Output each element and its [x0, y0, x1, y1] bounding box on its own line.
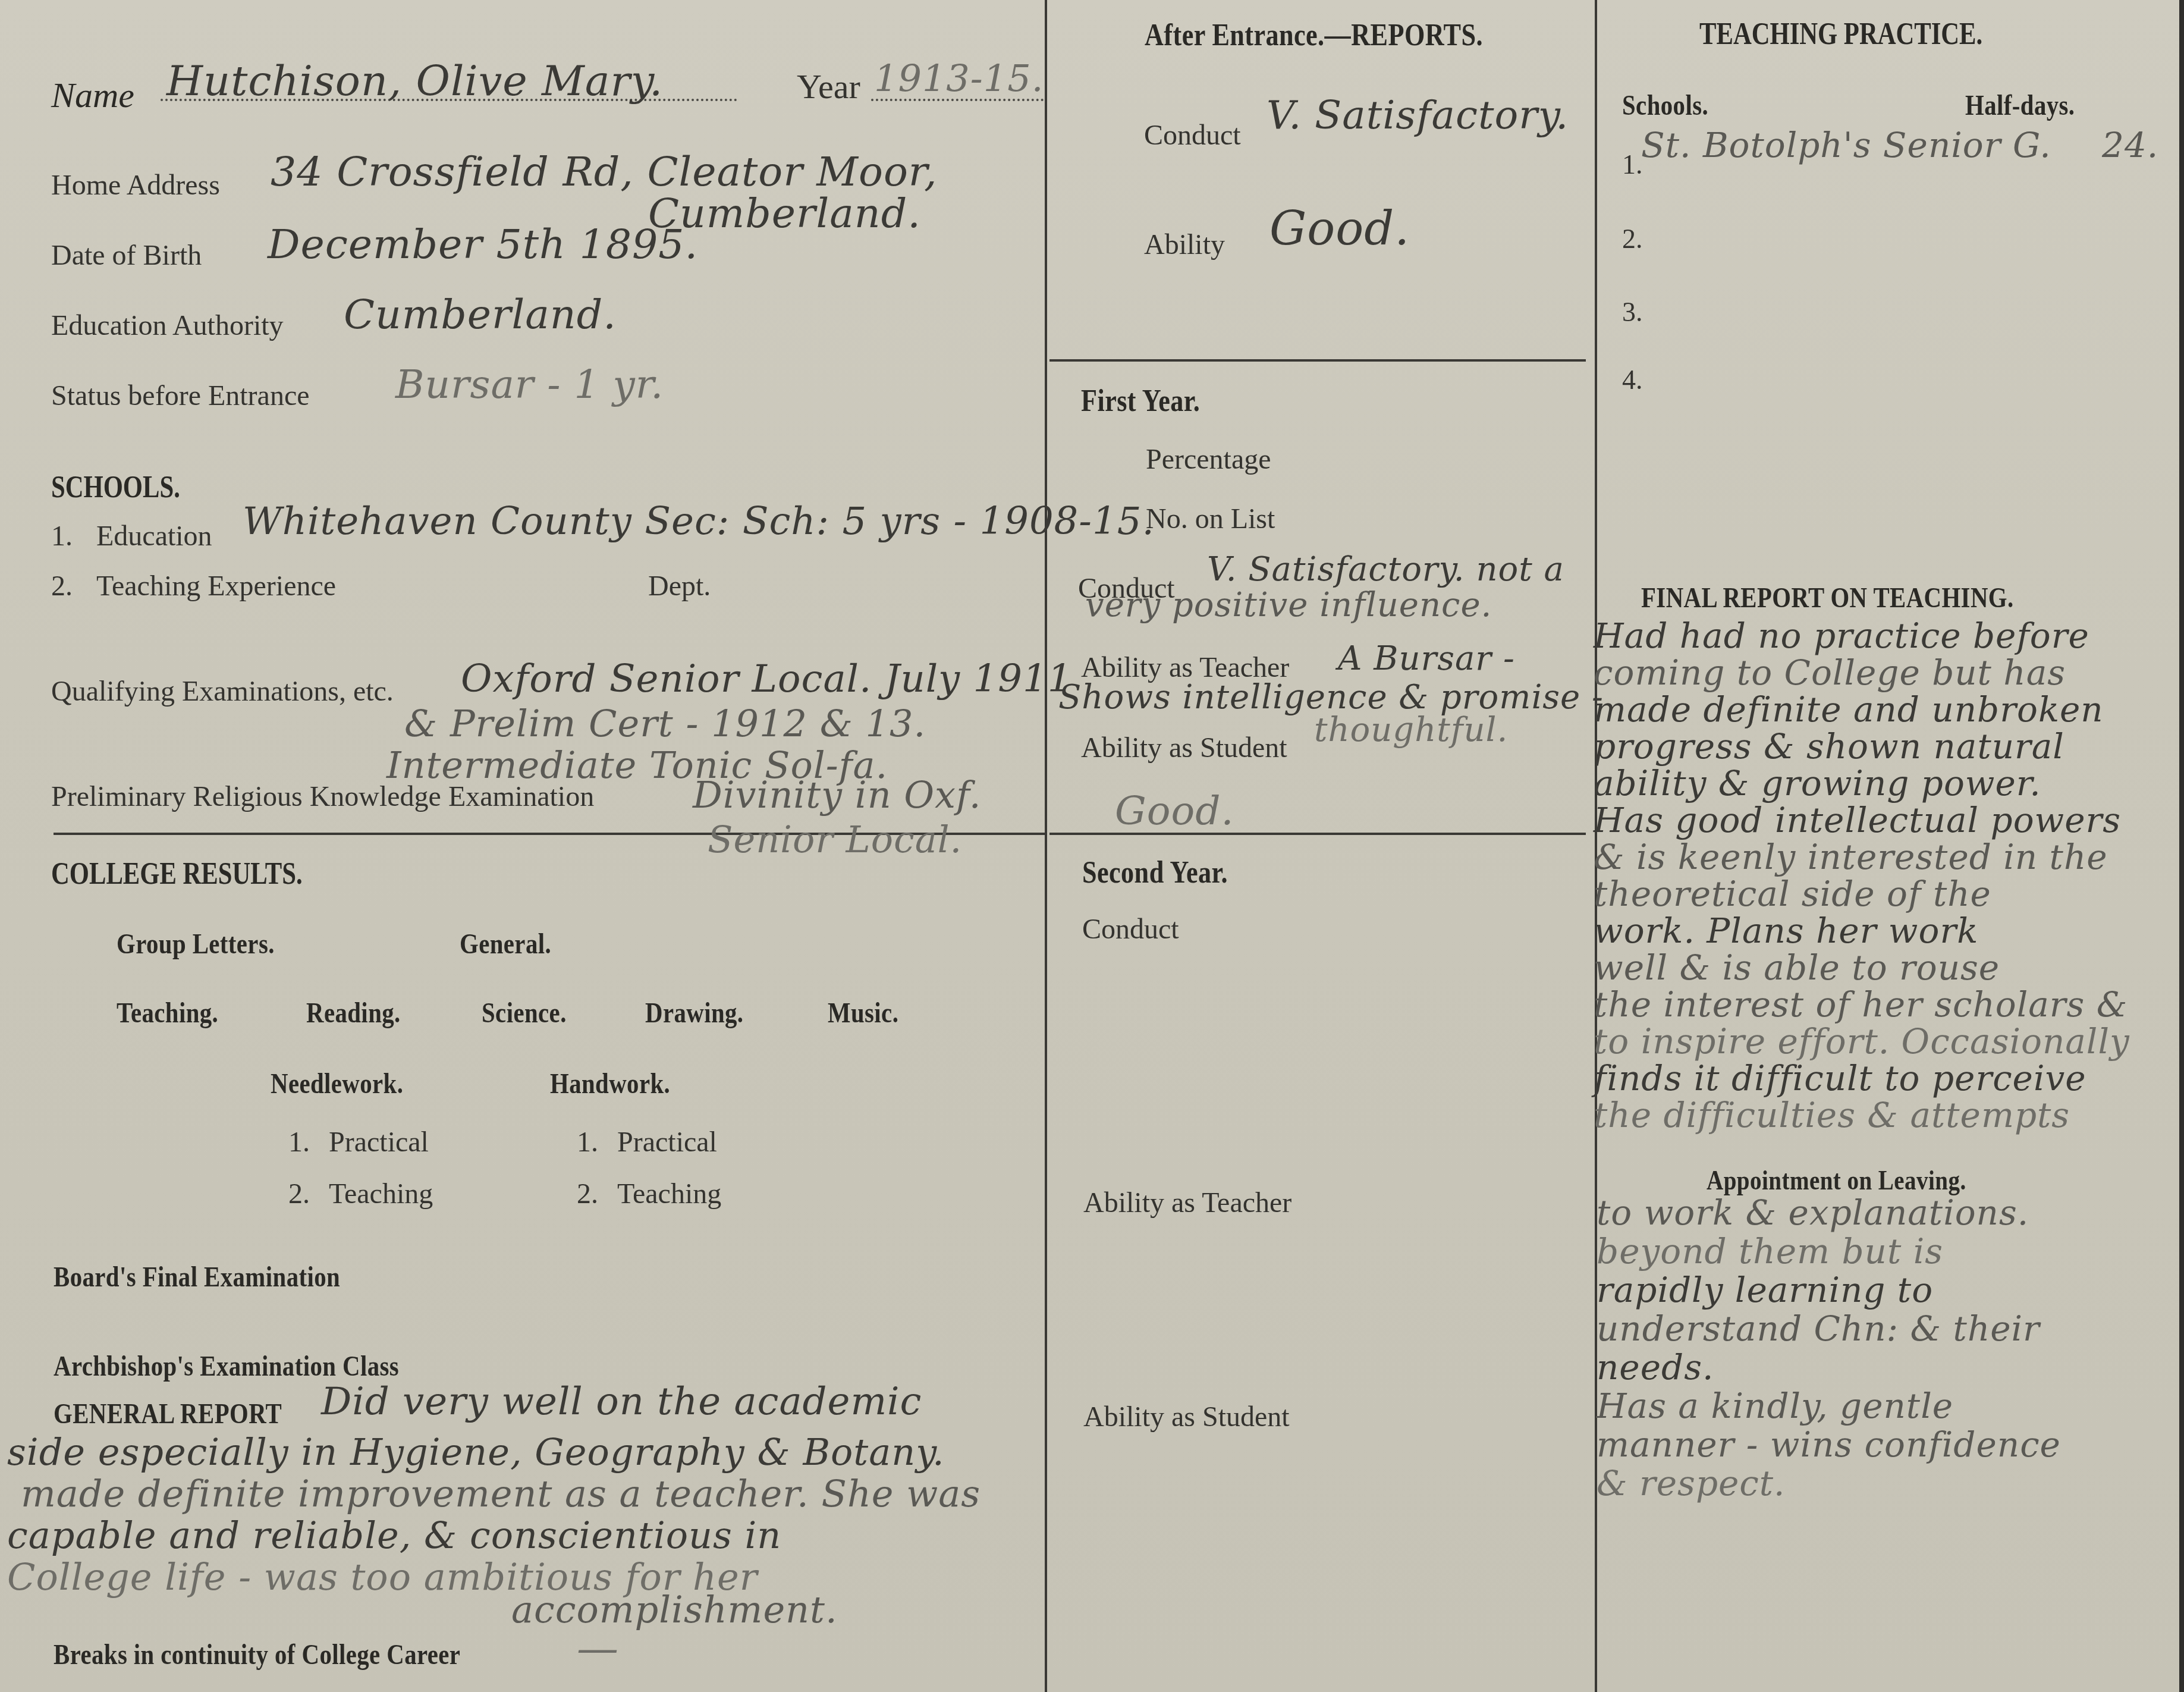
year-value: 1913-15. [874, 56, 1044, 100]
conduct-label: Conduct [1144, 119, 1241, 152]
practice-half-days: 24. [2102, 125, 2158, 165]
subject-science: Science. [482, 997, 567, 1029]
qualifying-line2: & Prelim Cert - 1912 & 13. [404, 702, 926, 745]
final-report-line: the interest of her scholars & [1594, 984, 2128, 1025]
teaching-exp-label: Teaching Experience [96, 570, 336, 602]
fy-teacher-line3: thoughtful. [1314, 711, 1508, 749]
subject-music: Music. [828, 997, 898, 1029]
fy-teacher-line1: A Bursar - [1338, 639, 1515, 678]
dob-label: Date of Birth [51, 239, 202, 272]
sy-student-label: Ability as Student [1083, 1401, 1290, 1433]
handwork-teaching: Teaching [617, 1178, 721, 1210]
final-report-line: understand Chn: & their [1597, 1308, 2040, 1349]
subject-reading: Reading. [306, 997, 401, 1029]
general-label: General. [460, 928, 551, 960]
general-report-line: side especially in Hygiene, Geography & … [7, 1430, 945, 1474]
group-letters-label: Group Letters. [117, 928, 275, 960]
needlework-label: Needlework. [271, 1068, 403, 1100]
fy-student-value: Good. [1115, 788, 1234, 834]
handwork-teaching-num: 2. [577, 1178, 598, 1210]
year-label: Year [797, 67, 860, 106]
no-on-list-label: No. on List [1146, 503, 1275, 535]
home-address-line1: 34 Crossfield Rd, Cleator Moor, [271, 149, 938, 196]
practice-school: St. Botolph's Senior G. [1641, 125, 2051, 165]
appointment-heading: Appointment on Leaving. [1707, 1164, 1966, 1196]
general-report-line: capable and reliable, & conscientious in [7, 1514, 781, 1557]
needlework-practical: Practical [329, 1126, 429, 1159]
final-report-line: well & is able to rouse [1594, 947, 2000, 988]
final-report-heading: FINAL REPORT ON TEACHING. [1641, 582, 2014, 614]
final-report-line: theoretical side of the [1594, 874, 1991, 914]
subject-teaching: Teaching. [117, 997, 218, 1029]
name-value: Hutchison, Olive Mary. [166, 56, 663, 105]
final-report-line: Had had no practice before [1594, 616, 2089, 656]
conduct-value: V. Satisfactory. [1267, 92, 1569, 138]
ability-value: Good. [1269, 202, 1410, 256]
qualifying-label: Qualifying Examinations, etc. [51, 675, 394, 708]
education-num: 1. [51, 520, 73, 553]
ability-label: Ability [1144, 228, 1225, 261]
second-year-heading: Second Year. [1082, 855, 1228, 890]
education-authority-label: Education Authority [51, 309, 284, 342]
dept-label: Dept. [648, 570, 711, 602]
religious-line2: Senior Local. [708, 818, 962, 861]
practice-row-num: 2. [1622, 223, 1643, 255]
fy-student-label: Ability as Student [1081, 732, 1287, 764]
status-label: Status before Entrance [51, 379, 309, 412]
final-report-line: coming to College but has [1594, 652, 2066, 693]
subject-drawing: Drawing. [645, 997, 743, 1029]
needlework-teaching-num: 2. [288, 1178, 310, 1210]
student-record-card: Name Hutchison, Olive Mary. Year 1913-15… [0, 0, 2184, 1692]
needlework-practical-num: 1. [288, 1126, 310, 1159]
status-value: Bursar - 1 yr. [395, 362, 664, 407]
practice-row-num: 4. [1622, 364, 1643, 395]
qualifying-line1: Oxford Senior Local. July 1911 [461, 657, 1072, 701]
archbishop-label: Archbishop's Examination Class [54, 1350, 399, 1383]
final-report-line: finds it difficult to perceive [1594, 1058, 2086, 1098]
teaching-exp-num: 2. [51, 570, 73, 602]
education-value: Whitehaven County Sec: Sch: 5 yrs - 1908… [243, 500, 1155, 544]
reports-heading: After Entrance.—REPORTS. [1145, 18, 1483, 53]
education-authority-value: Cumberland. [344, 291, 617, 338]
schools-label: Schools. [1622, 89, 1708, 122]
final-report-line: & is keenly interested in the [1594, 837, 2108, 877]
fy-conduct-line2: very positive influence. [1085, 586, 1492, 624]
final-report-line: made definite and unbroken [1594, 689, 2104, 730]
final-report-line: progress & shown natural [1594, 726, 2064, 767]
final-report-line: manner - wins confidence [1597, 1424, 2061, 1465]
dob-value: December 5th 1895. [268, 221, 698, 268]
schools-heading: SCHOOLS. [51, 470, 180, 505]
final-report-line: needs. [1597, 1347, 1714, 1387]
practice-row-num: 3. [1622, 296, 1643, 328]
column-divider-left [1045, 0, 1047, 1692]
final-report-line: & respect. [1597, 1463, 1786, 1503]
first-year-heading: First Year. [1081, 384, 1200, 419]
sy-conduct-label: Conduct [1082, 913, 1179, 946]
college-results-heading: COLLEGE RESULTS. [51, 856, 303, 891]
percentage-label: Percentage [1146, 443, 1271, 476]
handwork-label: Handwork. [550, 1068, 670, 1100]
rule-mid-first-year [1049, 359, 1586, 362]
teaching-practice-heading: TEACHING PRACTICE. [1699, 17, 1982, 52]
fy-conduct-line1: V. Satisfactory. not a [1207, 550, 1564, 589]
final-report-line: to inspire effort. Occasionally [1594, 1021, 2130, 1062]
handwork-practical: Practical [617, 1126, 717, 1159]
practice-row-num: 1. [1622, 149, 1643, 180]
final-report-line: the difficulties & attempts [1594, 1095, 2070, 1135]
name-label: Name [51, 75, 134, 116]
final-report-line: rapidly learning to [1597, 1270, 1933, 1310]
page-edge [2179, 0, 2184, 1692]
general-report-line: Did very well on the academic [321, 1380, 922, 1424]
final-report-line: beyond them but is [1597, 1231, 1943, 1272]
needlework-teaching: Teaching [329, 1178, 433, 1210]
breaks-value: — [577, 1624, 619, 1672]
general-report-label: GENERAL REPORT [54, 1398, 282, 1430]
boards-final-label: Board's Final Examination [54, 1261, 340, 1294]
final-report-line: to work & explanations. [1597, 1192, 2029, 1233]
final-report-line: Has good intellectual powers [1594, 800, 2121, 840]
general-report-line: made definite improvement as a teacher. … [21, 1472, 981, 1515]
home-address-label: Home Address [51, 169, 220, 202]
final-report-line: work. Plans her work [1594, 911, 1978, 951]
half-days-label: Half-days. [1965, 89, 2075, 122]
breaks-label: Breaks in continuity of College Career [54, 1638, 460, 1671]
handwork-practical-num: 1. [577, 1126, 598, 1159]
education-label: Education [96, 520, 212, 553]
general-report-line: accomplishment. [511, 1588, 838, 1631]
religious-line1: Divinity in Oxf. [693, 773, 982, 817]
final-report-line: Has a kindly, gentle [1597, 1386, 1953, 1426]
final-report-line: ability & growing power. [1594, 763, 2041, 803]
religious-label: Preliminary Religious Knowledge Examinat… [51, 780, 594, 813]
sy-teacher-label: Ability as Teacher [1083, 1186, 1291, 1219]
